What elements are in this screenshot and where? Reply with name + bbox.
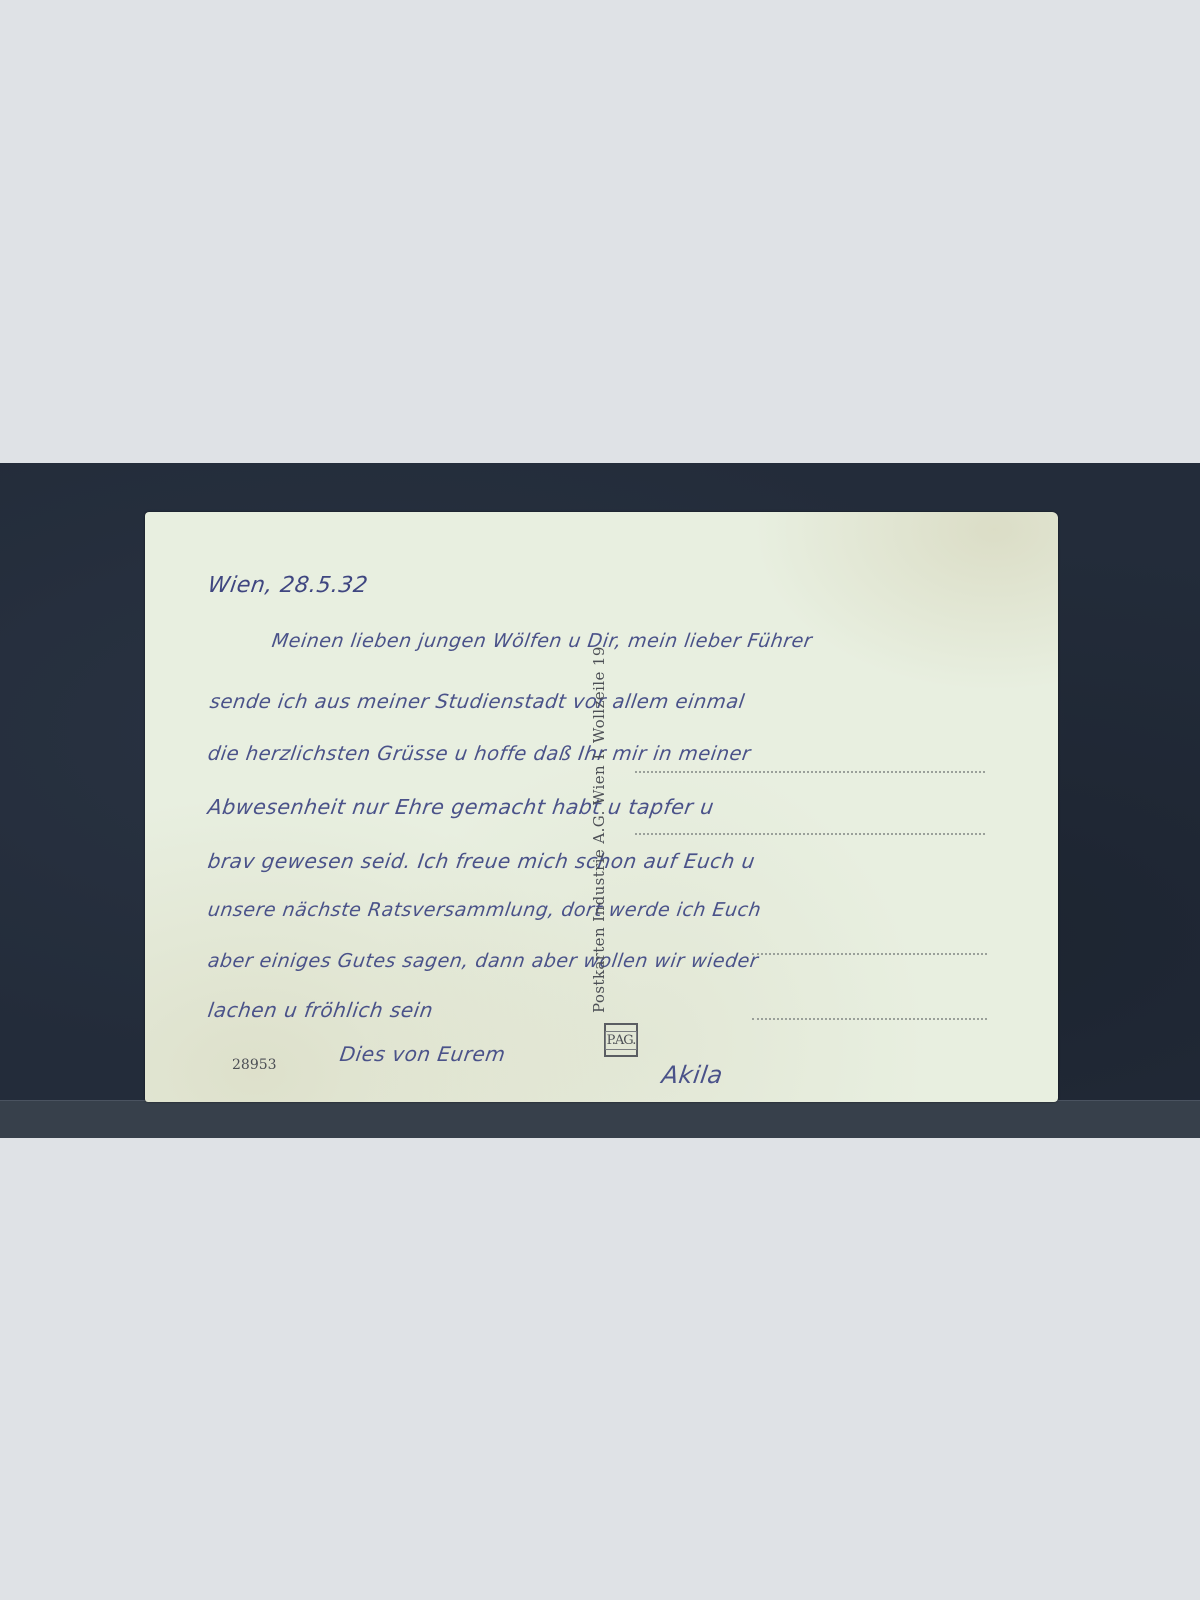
address-line-1 (635, 771, 985, 773)
card-number: 28953 (232, 1057, 277, 1073)
text-line-7: aber einiges Gutes sagen, dann aber woll… (206, 950, 759, 972)
text-line-3: die herzlichsten Grüsse u hoffe daß Ihr … (206, 742, 752, 765)
publisher-logo: P.AG. (604, 1023, 638, 1057)
text-line-5: brav gewesen seid. Ich freue mich schon … (206, 849, 756, 873)
closing-line: Dies von Eurem (338, 1042, 507, 1066)
signature: Akila (660, 1061, 725, 1089)
date-line: Wien, 28.5.32 (206, 573, 369, 598)
backdrop-ledge (0, 1100, 1200, 1138)
address-line-2 (635, 833, 985, 835)
text-line-2: sende ich aus meiner Studienstadt vor al… (208, 690, 746, 713)
text-line-8: lachen u fröhlich sein (206, 998, 435, 1022)
text-line-1: Meinen lieben jungen Wölfen u Dir, mein … (270, 630, 813, 652)
address-line-3 (752, 953, 987, 955)
address-line-4 (752, 1018, 987, 1020)
text-line-4: Abwesenheit nur Ehre gemacht habt u tapf… (206, 795, 715, 819)
text-line-6: unsere nächste Ratsversammlung, dort wer… (206, 899, 762, 921)
publisher-imprint: Postkarten Industrie A.G. Wien I. Wollze… (590, 646, 608, 1013)
publisher-logo-text: P.AG. (605, 1031, 638, 1050)
